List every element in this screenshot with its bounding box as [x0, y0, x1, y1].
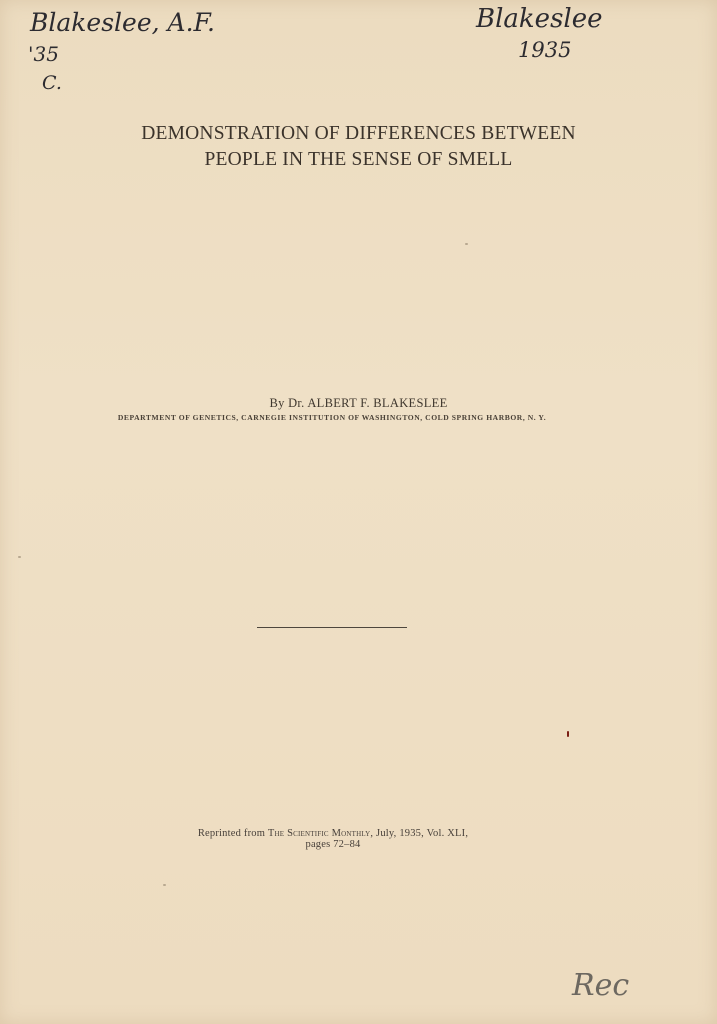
journal-name: The Scientific Monthly: [268, 828, 370, 839]
reprint-line-1: Reprinted from The Scientific Monthly, J…: [150, 828, 516, 839]
divider-rule: [257, 627, 407, 628]
document-title-line-2: PEOPLE IN THE SENSE OF SMELL: [0, 147, 717, 173]
author-byline: By Dr. ALBERT F. BLAKESLEE: [0, 396, 717, 411]
handwritten-author-note: Blakeslee, A.F.: [30, 8, 215, 37]
handwritten-year-note: '35: [28, 42, 59, 66]
author-affiliation: DEPARTMENT OF GENETICS, CARNEGIE INSTITU…: [0, 413, 664, 422]
paper-speck: [18, 556, 21, 558]
paper-speck: [163, 884, 166, 886]
document-page: Blakeslee, A.F. '35 C. Blakeslee 1935 Re…: [0, 0, 717, 1024]
paper-speck: [465, 243, 468, 245]
reprint-prefix: Reprinted from: [198, 828, 268, 839]
reprint-pages: pages 72–84: [150, 839, 516, 850]
handwritten-rec-note: Rec: [572, 968, 629, 1003]
handwritten-author-note-right: Blakeslee: [476, 4, 603, 34]
handwritten-category-note: C.: [42, 72, 62, 94]
handwritten-year-note-right: 1935: [518, 38, 571, 62]
ink-spot: [567, 731, 569, 737]
document-title-line-1: DEMONSTRATION OF DIFFERENCES BETWEEN: [0, 121, 717, 147]
reprint-citation: Reprinted from The Scientific Monthly, J…: [150, 828, 516, 850]
reprint-suffix: , July, 1935, Vol. XLI,: [370, 828, 468, 839]
